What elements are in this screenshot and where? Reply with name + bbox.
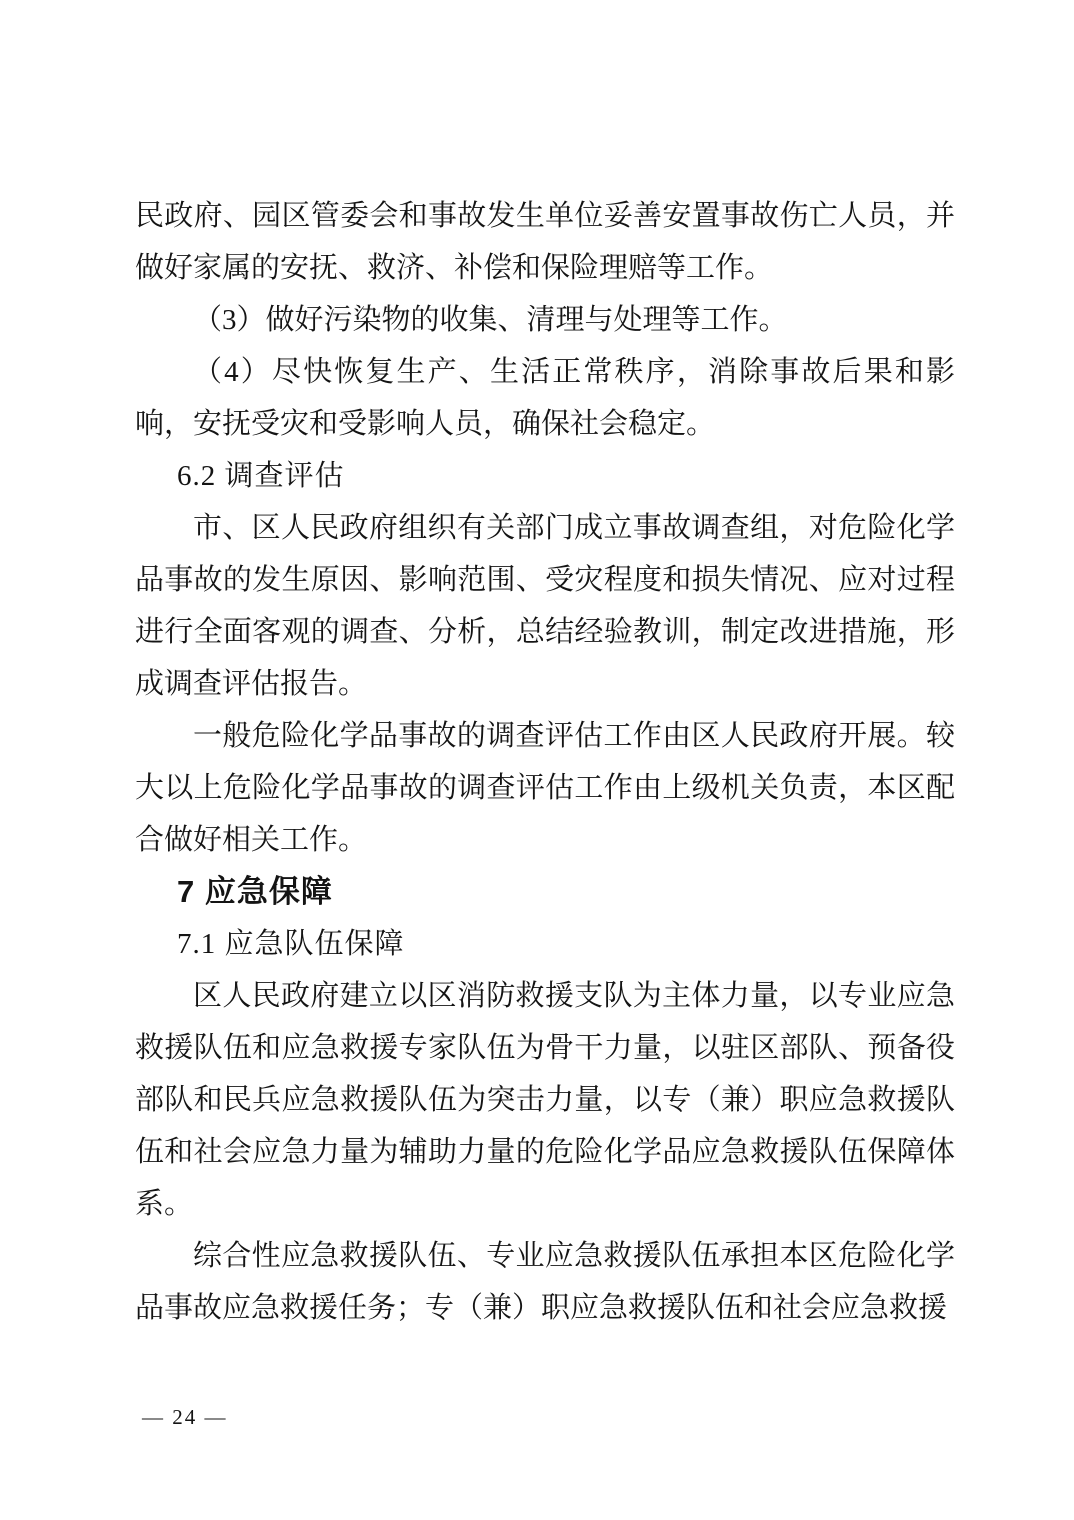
subsection-heading-7-1: 7.1 应急队伍保障: [135, 918, 955, 970]
paragraph-rescue-team-tasks: 综合性应急救援队伍、专业应急救援队伍承担本区危险化学品事故应急救援任务；专（兼）…: [135, 1230, 955, 1334]
paragraph-investigation-responsibility: 一般危险化学品事故的调查评估工作由区人民政府开展。较大以上危险化学品事故的调查评…: [135, 710, 955, 866]
paragraph-investigation: 市、区人民政府组织有关部门成立事故调查组，对危险化学品事故的发生原因、影响范围、…: [135, 502, 955, 710]
paragraph-rescue-team-system: 区人民政府建立以区消防救援支队为主体力量，以专业应急救援队伍和应急救援专家队伍为…: [135, 970, 955, 1230]
section-heading-7: 7 应急保障: [135, 866, 955, 918]
document-body: 民政府、园区管委会和事故发生单位妥善安置事故伤亡人员，并做好家属的安抚、救济、补…: [135, 190, 955, 1334]
paragraph-item-3: （3）做好污染物的收集、清理与处理等工作。: [135, 294, 955, 346]
paragraph-continuation: 民政府、园区管委会和事故发生单位妥善安置事故伤亡人员，并做好家属的安抚、救济、补…: [135, 190, 955, 294]
subsection-heading-6-2: 6.2 调查评估: [135, 450, 955, 502]
paragraph-item-4: （4）尽快恢复生产、生活正常秩序，消除事故后果和影响，安抚受灾和受影响人员，确保…: [135, 346, 955, 450]
document-page: 民政府、园区管委会和事故发生单位妥善安置事故伤亡人员，并做好家属的安抚、救济、补…: [0, 0, 1074, 1520]
page-number: — 24 —: [142, 1402, 228, 1432]
